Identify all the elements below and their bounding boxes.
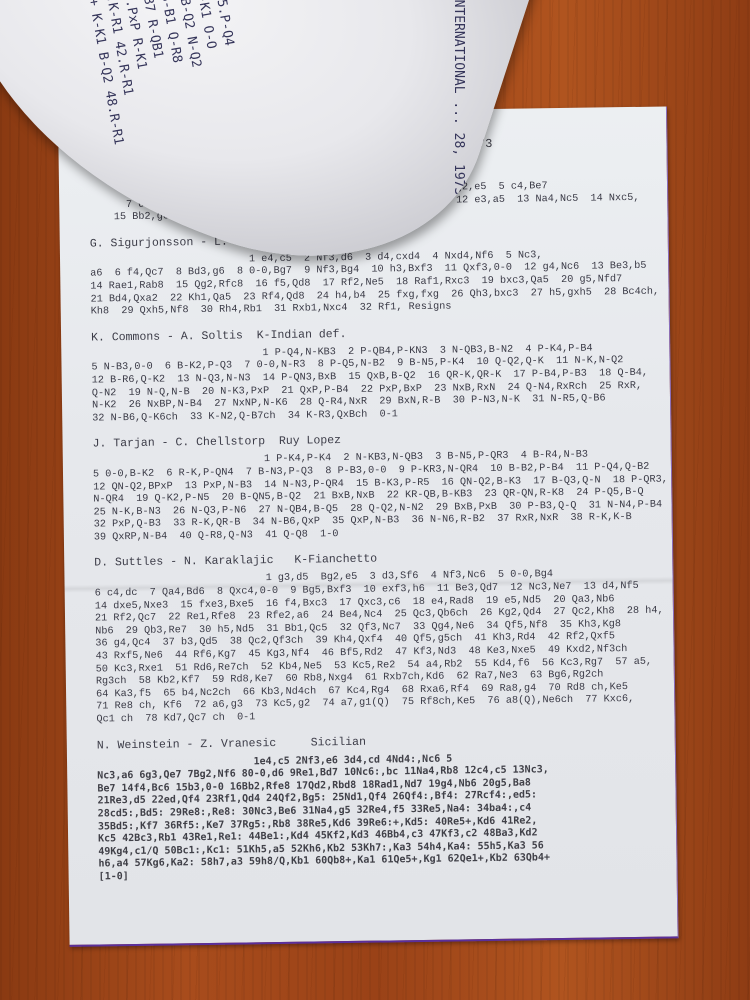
game-commons-soltis: K. Commons - A. Soltis K-Indian def. 1 P…: [91, 324, 650, 426]
game-moves: 1 P-Q4,N-KB3 2 P-QB4,P-KN3 3 N-QB3,B-N2 …: [91, 343, 650, 426]
game-moves: 1 e4,c5 2 Nf3,d6 3 d4,cxd4 4 Nxd4,Nf6 5 …: [90, 249, 649, 320]
game-header: J. Tarjan - C. Chellstorp Ruy Lopez: [93, 430, 651, 451]
game-moves: 1e4,c5 2Nf3,e6 3d4,cd 4Nd4:,Nc6 5 Nc3,a6…: [97, 750, 657, 884]
game-tarjan-chellstorp: J. Tarjan - C. Chellstorp Ruy Lopez 1 P-…: [93, 430, 652, 545]
game-header: D. Suttles - N. Karaklajic K-Fianchetto: [94, 549, 652, 570]
game-moves: 1 P-K4,P-K4 2 N-KB3,N-QB3 3 B-N5,P-QR3 4…: [93, 449, 652, 545]
game-weinstein-vranesic: N. Weinstein - Z. Vranesic Sicilian 1e4,…: [97, 731, 657, 884]
curled-page-text: B-R4 P-Q3 5.P-Q4 B-K2 11.R-K1 O-O P-QB1 …: [74, 0, 251, 146]
game-suttles-karaklajic: D. Suttles - N. Karaklajic K-Fianchetto …: [94, 549, 654, 727]
game-moves: 1 g3,d5 Bg2,e5 3 d3,Sf6 4 Nf3,Nc6 5 0-0,…: [94, 568, 654, 727]
game-header: K. Commons - A. Soltis K-Indian def.: [91, 324, 649, 345]
curled-page-header: INTERNATIONAL ... 28, 1973: [451, 0, 466, 195]
game-header: N. Weinstein - Z. Vranesic Sicilian: [97, 731, 655, 752]
